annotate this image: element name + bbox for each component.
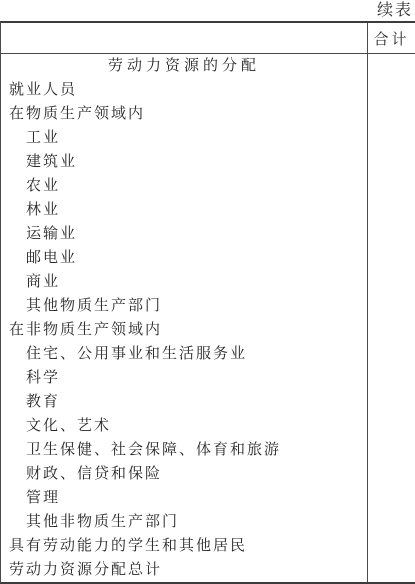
row-label: 建筑业 xyxy=(26,154,77,170)
table-row: 财政、信贷和保险 xyxy=(1,462,367,486)
row-label: 就业人员 xyxy=(9,82,77,98)
row-label: 具有劳动能力的学生和其他居民 xyxy=(9,538,247,554)
table-row: 林业 xyxy=(1,198,367,222)
row-label: 教育 xyxy=(26,394,60,410)
row-label: 邮电业 xyxy=(26,250,77,266)
row-label: 商业 xyxy=(26,274,60,290)
row-label-column: 劳动力资源的分配 就业人员在物质生产领域内工业建筑业农业林业运输业邮电业商业其他… xyxy=(1,54,367,582)
section-title: 劳动力资源的分配 xyxy=(108,58,260,74)
row-label: 运输业 xyxy=(26,226,77,242)
row-label: 卫生保健、社会保障、体育和旅游 xyxy=(26,442,281,458)
table-row: 科学 xyxy=(1,366,367,390)
row-label: 文化、艺术 xyxy=(26,418,111,434)
header-total-cell: 合计 xyxy=(367,23,415,53)
table-row: 运输业 xyxy=(1,222,367,246)
row-label: 其他物质生产部门 xyxy=(26,298,162,314)
row-label: 林业 xyxy=(26,202,60,218)
row-label: 其他非物质生产部门 xyxy=(26,514,179,530)
table-row: 邮电业 xyxy=(1,246,367,270)
row-label: 农业 xyxy=(26,178,60,194)
table-row: 工业 xyxy=(1,126,367,150)
table-body: 劳动力资源的分配 就业人员在物质生产领域内工业建筑业农业林业运输业邮电业商业其他… xyxy=(1,54,415,582)
row-label: 在非物质生产领域内 xyxy=(9,322,162,338)
continued-table-label: 续表 xyxy=(377,1,413,20)
table-header-row: 合计 xyxy=(1,23,415,54)
table-row: 教育 xyxy=(1,390,367,414)
table-row: 住宅、公用事业和生活服务业 xyxy=(1,342,367,366)
table-row: 农业 xyxy=(1,174,367,198)
row-label: 工业 xyxy=(26,130,60,146)
table-row: 劳动力资源分配总计 xyxy=(1,558,367,582)
table-row: 其他非物质生产部门 xyxy=(1,510,367,534)
total-value-column xyxy=(367,54,415,582)
table-row: 具有劳动能力的学生和其他居民 xyxy=(1,534,367,558)
table-row: 在非物质生产领域内 xyxy=(1,318,367,342)
table-row: 卫生保健、社会保障、体育和旅游 xyxy=(1,438,367,462)
scanned-table-page: 续表 合计 劳动力资源的分配 就业人员在物质生产领域内工业建筑业农业林业运输业邮… xyxy=(0,0,415,584)
row-label: 财政、信贷和保险 xyxy=(26,466,162,482)
row-label: 科学 xyxy=(26,370,60,386)
labor-resources-table: 合计 劳动力资源的分配 就业人员在物质生产领域内工业建筑业农业林业运输业邮电业商… xyxy=(0,21,415,584)
row-label: 在物质生产领域内 xyxy=(9,106,145,122)
row-label: 管理 xyxy=(26,490,60,506)
row-label: 住宅、公用事业和生活服务业 xyxy=(26,346,247,362)
table-row: 管理 xyxy=(1,486,367,510)
table-row: 在物质生产领域内 xyxy=(1,102,367,126)
table-row: 文化、艺术 xyxy=(1,414,367,438)
table-row: 其他物质生产部门 xyxy=(1,294,367,318)
section-title-row: 劳动力资源的分配 xyxy=(1,54,367,78)
header-stub-cell xyxy=(1,23,367,53)
table-row: 商业 xyxy=(1,270,367,294)
table-row: 就业人员 xyxy=(1,78,367,102)
row-label: 劳动力资源分配总计 xyxy=(9,562,162,578)
table-row: 建筑业 xyxy=(1,150,367,174)
